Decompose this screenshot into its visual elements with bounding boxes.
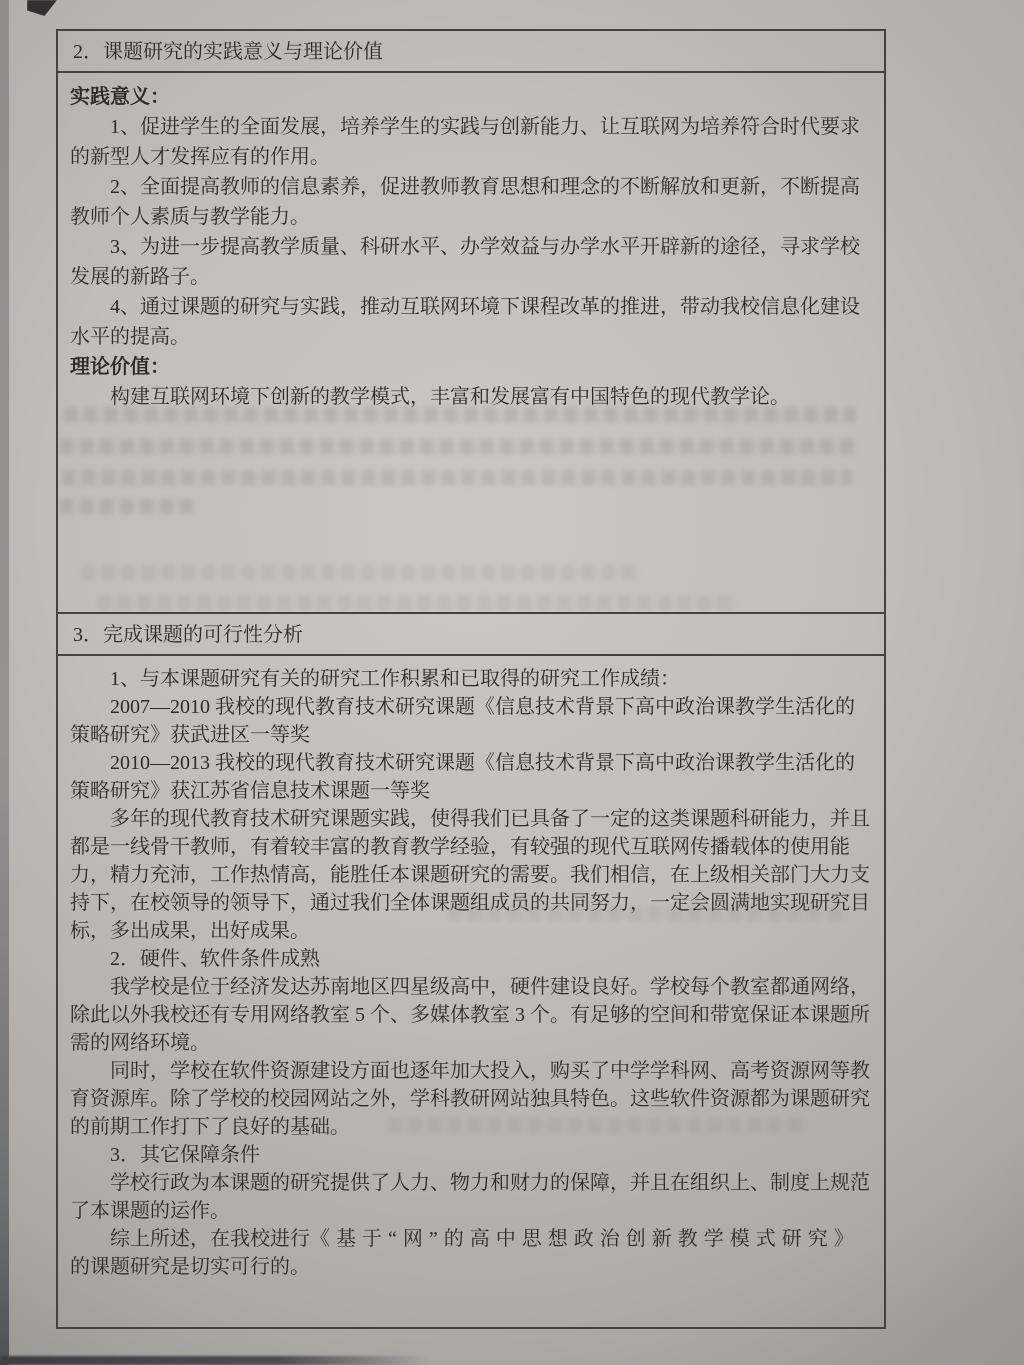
photo-bottom-edge-shadow	[0, 1356, 430, 1365]
section3-header-row: 3．完成课题的可行性分析	[56, 612, 886, 656]
hardware-paragraph: 我学校是位于经济发达苏南地区四星级高中，硬件建设良好。学校每个教室都通网络，除此…	[70, 973, 870, 1057]
section3-title: 3．完成课题的可行性分析	[73, 624, 303, 646]
document-photo: 2．课题研究的实践意义与理论价值 实践意义： 1、促进学生的全面发展，培养学生的…	[0, 0, 1024, 1365]
bleedthrough-ghost-line	[62, 470, 852, 485]
photo-left-edge-shadow	[0, 0, 9, 1365]
practical-significance-heading: 实践意义：	[70, 82, 870, 112]
other-guarantee-heading: 3．其它保障条件	[70, 1141, 870, 1169]
conclusion-topic-title: 《基于“网”的高中思想政治创新教学模式研究》	[310, 1228, 860, 1250]
hardware-software-heading: 2．硬件、软件条件成熟	[70, 945, 870, 973]
bleedthrough-ghost-line	[60, 499, 198, 514]
theoretical-value-text: 构建互联网环境下创新的教学模式，丰富和发展富有中国特色的现代教学论。	[70, 382, 870, 412]
award-2010-2013: 2010—2013 我校的现代教育技术研究课题《信息技术背景下高中政治课教学生活…	[70, 749, 870, 805]
experience-paragraph: 多年的现代教育技术研究课题实践，使得我们已具备了一定的这类课题科研能力，并且都是…	[70, 805, 870, 945]
award-2007-2010: 2007—2010 我校的现代教育技术研究课题《信息技术背景下高中政治课教学生活…	[70, 693, 870, 749]
form-table: 2．课题研究的实践意义与理论价值 实践意义： 1、促进学生的全面发展，培养学生的…	[56, 31, 886, 1329]
bleedthrough-ghost-line	[82, 565, 642, 580]
section3-body: 1、与本课题研究有关的研究工作积累和已取得的研究工作成绩： 2007—2010 …	[56, 654, 886, 1329]
practical-item-1: 1、促进学生的全面发展，培养学生的实践与创新能力、让互联网为培养符合时代要求的新…	[70, 112, 870, 172]
practical-item-4: 4、通过课题的研究与实践，推动互联网环境下课程改革的推进，带动我校信息化建设水平…	[70, 292, 870, 352]
conclusion-prefix: 综上所述，在我校进行	[110, 1228, 310, 1250]
administration-paragraph: 学校行政为本课题的研究提供了人力、物力和财力的保障，并且在组织上、制度上规范了本…	[70, 1169, 870, 1225]
bleedthrough-ghost-line	[60, 439, 858, 454]
theoretical-value-heading: 理论价值：	[70, 352, 870, 382]
software-paragraph: 同时，学校在软件资源建设方面也逐年加大投入，购买了中学学科网、高考资源网等教育资…	[70, 1057, 870, 1141]
section2-title: 2．课题研究的实践意义与理论价值	[73, 41, 383, 63]
conclusion-paragraph: 综上所述，在我校进行《基于“网”的高中思想政治创新教学模式研究》的课题研究是切实…	[70, 1225, 870, 1281]
research-achievements-heading: 1、与本课题研究有关的研究工作积累和已取得的研究工作成绩：	[70, 665, 870, 693]
photo-top-left-dark-mark	[27, 0, 57, 16]
section2-header-row: 2．课题研究的实践意义与理论价值	[56, 29, 886, 73]
practical-item-2: 2、全面提高教师的信息素养，促进教师教育思想和理念的不断解放和更新，不断提高教师…	[70, 172, 870, 232]
practical-item-3: 3、为进一步提高教学质量、科研水平、办学效益与办学水平开辟新的途径，寻求学校发展…	[70, 232, 870, 292]
section2-body: 实践意义： 1、促进学生的全面发展，培养学生的实践与创新能力、让互联网为培养符合…	[56, 71, 886, 614]
conclusion-suffix: 的课题研究是切实可行的。	[70, 1256, 310, 1278]
bleedthrough-ghost-line	[98, 595, 738, 610]
